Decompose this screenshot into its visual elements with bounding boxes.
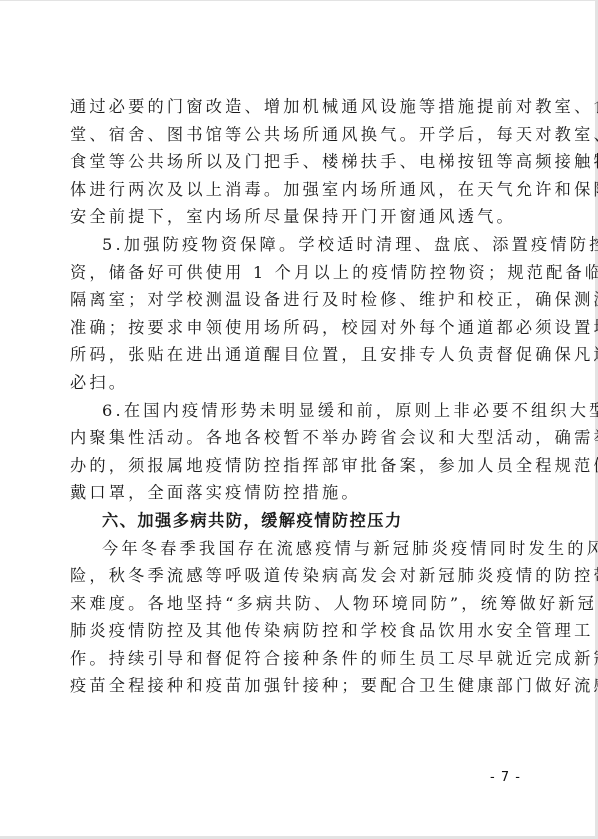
- paragraph-start: 今年冬春季我国存在流感疫情与新冠肺炎疫情同时发生的风: [70, 535, 527, 563]
- text-line: 安全前提下，室内场所尽量保持开门开窗通风透气。: [70, 203, 527, 231]
- text-line: 堂、宿舍、图书馆等公共场所通风换气。开学后，每天对教室、: [70, 121, 527, 149]
- page-number: - 7 -: [490, 770, 521, 785]
- text-line: 作。持续引导和督促符合接种条件的师生员工尽早就近完成新冠: [70, 645, 527, 673]
- paragraph-6-start: 6.在国内疫情形势未明显缓和前，原则上非必要不组织大型室: [70, 397, 527, 425]
- text-line: 体进行两次及以上消毒。加强室内场所通风，在天气允许和保障: [70, 176, 527, 204]
- text-line: 所码，张贴在进出通道醒目位置，且安排专人负责督促确保凡进: [70, 341, 527, 369]
- text-line: 内聚集性活动。各地各校暂不举办跨省会议和大型活动，确需举: [70, 424, 527, 452]
- text-line: 肺炎疫情防控及其他传染病防控和学校食品饮用水安全管理工: [70, 617, 527, 645]
- text-line: 隔离室；对学校测温设备进行及时检修、维护和校正，确保测温: [70, 286, 527, 314]
- text-line: 通过必要的门窗改造、增加机械通风设施等措施提前对教室、食: [70, 93, 527, 121]
- document-page: 通过必要的门窗改造、增加机械通风设施等措施提前对教室、食 堂、宿舍、图书馆等公共…: [0, 1, 595, 836]
- text-line: 办的，须报属地疫情防控指挥部审批备案，参加人员全程规范佩: [70, 452, 527, 480]
- text-line: 准确；按要求申领使用场所码，校园对外每个通道都必须设置场: [70, 314, 527, 342]
- text-line: 来难度。各地坚持“多病共防、人物环境同防”，统筹做好新冠: [70, 590, 527, 618]
- text-line: 疫苗全程接种和疫苗加强针接种；要配合卫生健康部门做好流感: [70, 672, 527, 700]
- paragraph-5-start: 5.加强防疫物资保障。学校适时清理、盘底、添置疫情防控物: [70, 231, 527, 259]
- section-heading: 六、加强多病共防，缓解疫情防控压力: [70, 507, 527, 535]
- document-body: 通过必要的门窗改造、增加机械通风设施等措施提前对教室、食 堂、宿舍、图书馆等公共…: [70, 93, 530, 700]
- text-line: 资，储备好可供使用 1 个月以上的疫情防控物资；规范配备临时: [70, 259, 527, 287]
- text-line: 食堂等公共场所以及门把手、楼梯扶手、电梯按钮等高频接触物: [70, 148, 527, 176]
- text-line: 戴口罩，全面落实疫情防控措施。: [70, 479, 527, 507]
- text-line: 必扫。: [70, 369, 527, 397]
- text-line: 险，秋冬季流感等呼吸道传染病高发会对新冠肺炎疫情的防控带: [70, 562, 527, 590]
